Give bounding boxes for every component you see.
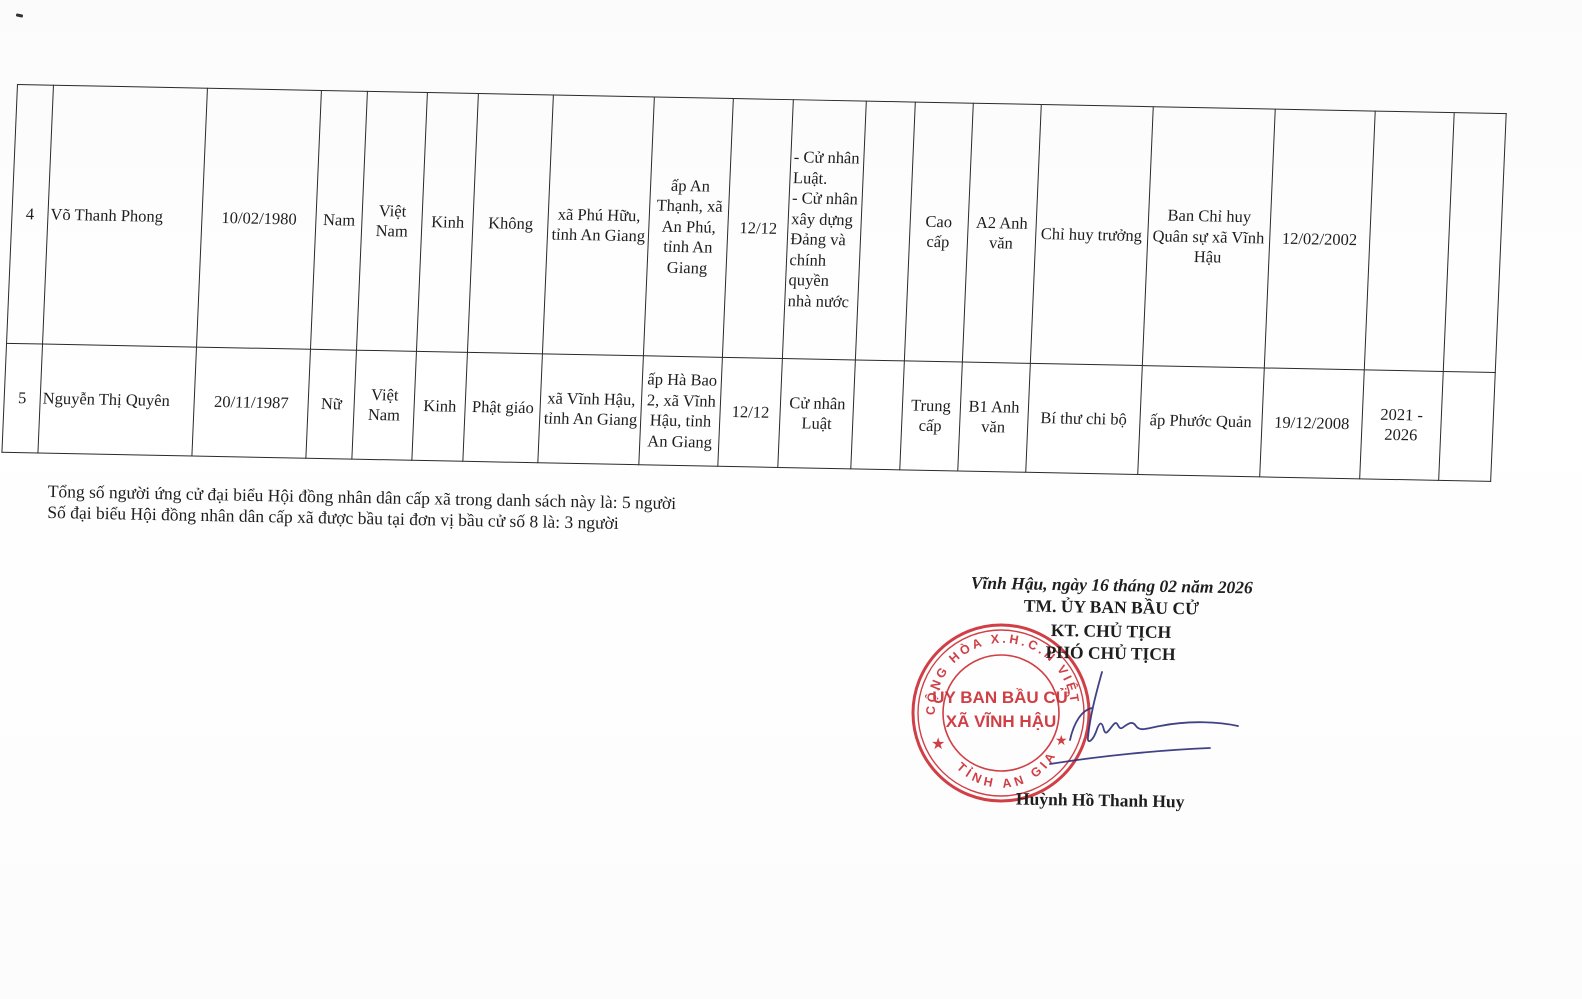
summary-block: Tổng số người ứng cử đại biểu Hội đồng n… <box>47 481 676 535</box>
cell-academic-title <box>851 360 904 470</box>
cell-name: Võ Thanh Phong <box>43 85 208 347</box>
cell-gender: Nữ <box>306 349 357 459</box>
cell-nationality: Việt Nam <box>357 91 428 351</box>
cell-hometown: xã Phú Hữu, tỉnh An Giang <box>543 95 655 356</box>
cell-ethnicity: Kinh <box>412 351 468 461</box>
table-row: 4 Võ Thanh Phong 10/02/1980 Nam Việt Nam… <box>7 85 1507 373</box>
cell-religion: Không <box>468 94 554 354</box>
cell-position: Chỉ huy trưởng <box>1030 105 1153 366</box>
cell-dob: 20/11/1987 <box>192 347 311 458</box>
cell-position: Bí thư chi bộ <box>1025 363 1142 474</box>
cell-workplace: Ban Chỉ huy Quân sự xã Vĩnh Hậu <box>1142 107 1275 368</box>
svg-text:★: ★ <box>931 736 945 753</box>
cell-nationality: Việt Nam <box>352 350 417 460</box>
cell-dob: 10/02/1980 <box>197 88 322 349</box>
cell-specialty: - Cử nhân Luật. - Cử nhân xây dựng Đảng … <box>783 100 867 360</box>
cell-party-date: 19/12/2008 <box>1259 368 1364 479</box>
cell-hometown: xã Vĩnh Hậu, tỉnh An Giang <box>538 354 644 465</box>
cell-council-term: 2021 - 2026 <box>1359 370 1443 480</box>
document-page: 4 Võ Thanh Phong 10/02/1980 Nam Việt Nam… <box>0 0 1582 999</box>
candidate-table: 4 Võ Thanh Phong 10/02/1980 Nam Việt Nam… <box>1 84 1506 482</box>
scan-mark <box>16 13 23 17</box>
candidate-table-wrapper: 4 Võ Thanh Phong 10/02/1980 Nam Việt Nam… <box>1 84 1506 482</box>
signature-icon <box>1040 662 1250 772</box>
cell-political-theory: Trung cấp <box>899 361 962 471</box>
signer-name: Huỳnh Hồ Thanh Huy <box>1016 789 1185 813</box>
cell-council-term <box>1364 111 1454 371</box>
signature-block: Vĩnh Hậu, ngày 16 tháng 02 năm 2026 TM. … <box>950 571 1272 667</box>
cell-education: 12/12 <box>718 357 783 467</box>
cell-extra <box>1438 371 1495 481</box>
cell-extra <box>1443 113 1506 373</box>
cell-name: Nguyễn Thị Quyên <box>38 344 197 456</box>
cell-specialty: Cử nhân Luật <box>778 359 856 469</box>
cell-foreign-language: B1 Anh văn <box>957 362 1030 472</box>
cell-foreign-language: A2 Anh văn <box>962 103 1041 363</box>
cell-political-theory: Cao cấp <box>904 102 973 362</box>
cell-workplace: ấp Phước Quản <box>1137 366 1264 477</box>
cell-residence: ấp Hà Bao 2, xã Vĩnh Hậu, tỉnh An Giang <box>639 356 723 466</box>
cell-stt: 5 <box>2 343 43 453</box>
cell-residence: ấp An Thạnh, xã An Phú, tỉnh An Giang <box>644 97 734 357</box>
cell-religion: Phật giáo <box>463 352 543 462</box>
cell-party-date: 12/02/2002 <box>1264 109 1375 370</box>
cell-education: 12/12 <box>723 99 794 359</box>
